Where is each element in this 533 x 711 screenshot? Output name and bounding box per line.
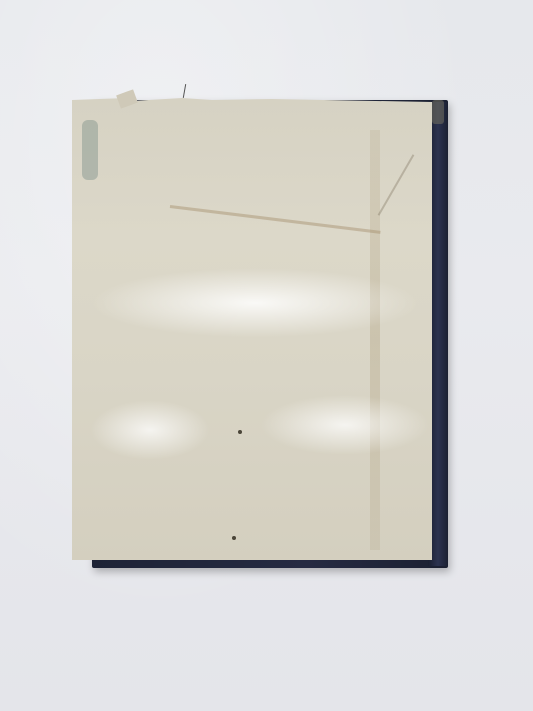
glare-highlight bbox=[90, 268, 420, 338]
speck bbox=[238, 430, 242, 434]
glare-highlight bbox=[260, 395, 430, 455]
speck bbox=[232, 536, 236, 540]
glare-highlight bbox=[90, 400, 210, 460]
spine-wear bbox=[432, 100, 444, 124]
fold-stain bbox=[370, 130, 380, 550]
stain-mark bbox=[82, 120, 98, 180]
